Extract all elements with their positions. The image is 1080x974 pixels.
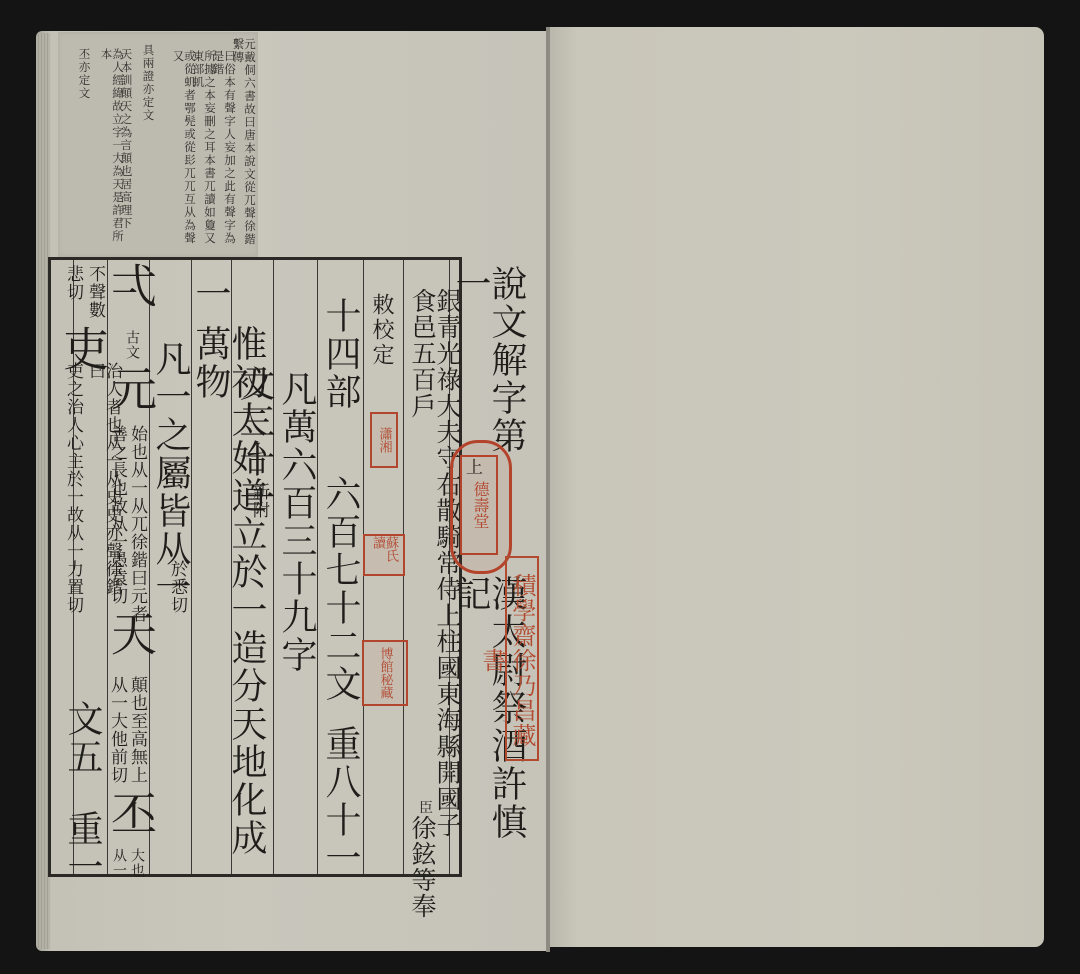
seal-char-yi-ancient: 弌 [108, 262, 154, 308]
prev-note-a: 不聲數 [86, 265, 103, 319]
prev-note-b: 悲切 [64, 265, 81, 301]
variant-count: 重八十一 [322, 725, 358, 877]
entry-head-one: 一 [192, 275, 228, 313]
total-count: 凡萬六百三十九字 [278, 370, 314, 674]
small-seal-1: 瀟湘 [370, 412, 398, 468]
right-page-blank [548, 27, 1044, 947]
entry-li-note-b: 吏之治人心主於一故从一力置切 [64, 362, 81, 622]
open-book: 元戴侗六書故曰唐本說文從兀聲徐鍇繫傳 曰俗本有聲字人妄加之此有聲字為是鍇 所據之… [0, 0, 1080, 974]
small-seal-2: 蘇氏讀 [363, 534, 405, 576]
ancient-form-label: 古文 [125, 330, 139, 360]
entry-one-definition: 惟初太始道立於一造分天地化成萬物 [192, 325, 264, 885]
collector-seal: 積學齋徐乃昌藏書 [505, 556, 539, 761]
entry-yuan-note-a: 始也从一从兀徐鍇曰元者 [128, 425, 145, 625]
slip-column: 丕亦定文 [78, 48, 90, 128]
seal-char-tian: 天 [108, 610, 154, 656]
entry-one-pronunciation: 於悉切 [168, 560, 185, 614]
radical-count: 十四部 [322, 297, 358, 411]
slip-column: 具兩證亦定文 [142, 44, 154, 124]
entry-tian-note-b: 从一大他前切 [108, 676, 125, 796]
official-title-line: 銀青光祿大夫守右散騎常侍上柱國東海縣開國子食邑五百戶 [410, 288, 460, 858]
slip-column: 為人經緯故立字一大為天是許君所本 [100, 48, 123, 248]
small-seal-3: 博館秘藏 [362, 640, 408, 706]
entry-pi-note-a: 大也 [130, 848, 144, 878]
character-count: 六百七十二文 [322, 475, 358, 703]
section-count: 文五 [64, 700, 100, 776]
edict-column: 敕校定 [370, 293, 392, 368]
book-title: 說文解字第一 [452, 265, 524, 465]
oval-seal: 德壽堂 [460, 455, 498, 555]
entry-li-note-a: 治人者也从一从史史亦聲徐鍇曰 [86, 362, 120, 602]
slip-column: 或從虮者鄂髡或從髟兀兀互从為聲又 [172, 50, 195, 250]
entry-tian-note-a: 顛也至高無上 [128, 676, 145, 796]
section-variants: 重一 [64, 810, 100, 886]
entry-pi-note-b: 从一 [112, 848, 126, 878]
seal-char-pi: 丕 [108, 790, 154, 836]
official-subject-mark: 臣 [418, 800, 432, 815]
official-tail: 徐鉉等奉 [410, 815, 435, 919]
book-gutter [546, 27, 550, 952]
